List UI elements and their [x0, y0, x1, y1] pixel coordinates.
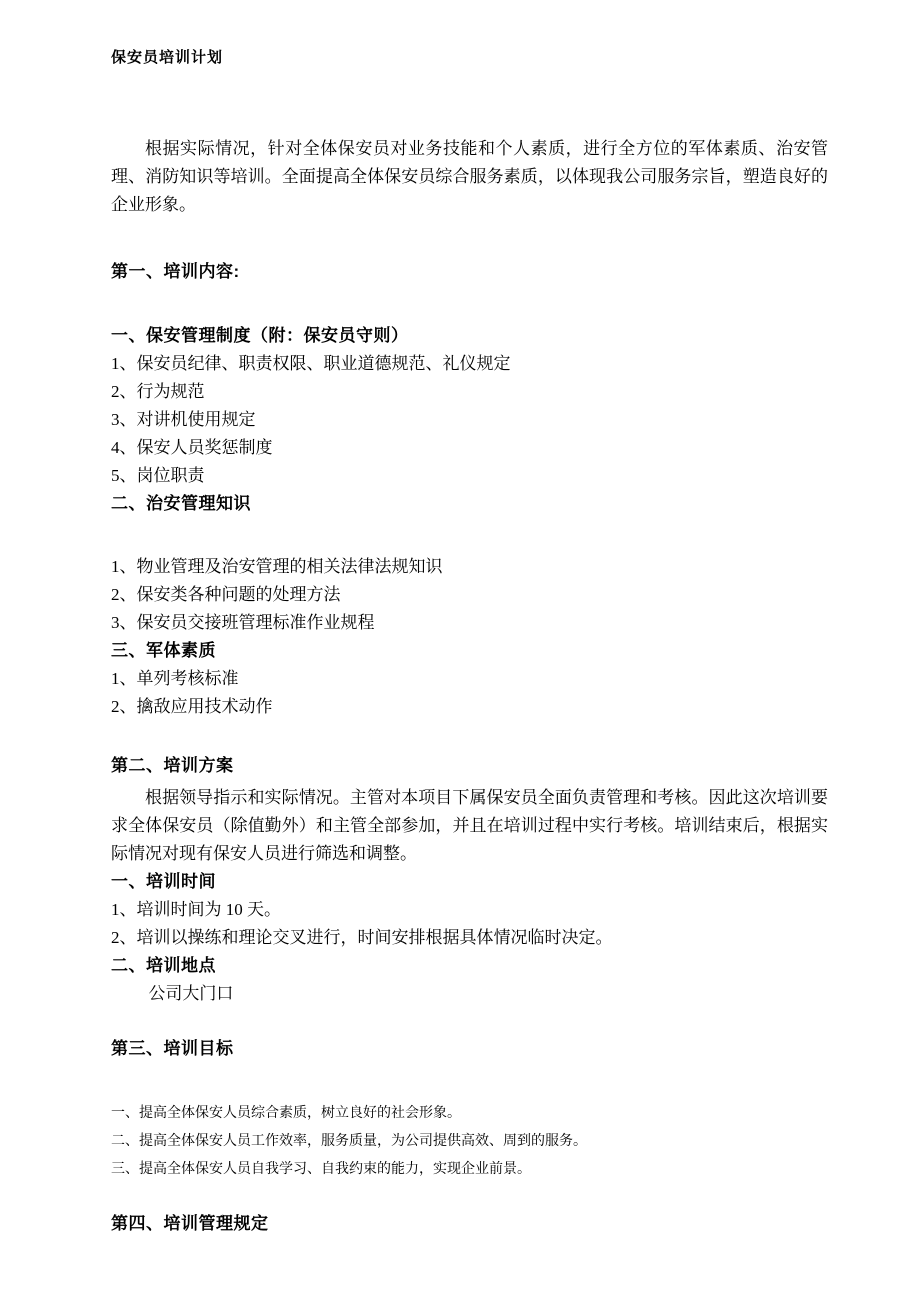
list-item: 2、保安类各种问题的处理方法 [111, 581, 828, 609]
list-item: 1、培训时间为 10 天。 [111, 896, 828, 924]
section3-heading: 第三、培训目标 [111, 1035, 828, 1063]
document-page: 保安员培训计划 根据实际情况，针对全体保安员对业务技能和个人素质，进行全方位的军… [0, 0, 920, 1302]
training-location-text: 公司大门口 [111, 980, 828, 1008]
intro-paragraph: 根据实际情况，针对全体保安员对业务技能和个人素质，进行全方位的军体素质、治安管理… [111, 135, 828, 219]
section2-sub1-heading: 一、培训时间 [111, 868, 828, 896]
goal-item: 三、提高全体保安人员自我学习、自我约束的能力，实现企业前景。 [111, 1156, 828, 1184]
list-item: 1、物业管理及治安管理的相关法律法规知识 [111, 553, 828, 581]
list-item: 3、保安员交接班管理标准作业规程 [111, 609, 828, 637]
section1-sub2-heading: 二、治安管理知识 [111, 490, 828, 518]
list-item: 2、培训以操练和理论交叉进行，时间安排根据具体情况临时决定。 [111, 924, 828, 952]
list-item: 1、保安员纪律、职责权限、职业道德规范、礼仪规定 [111, 350, 828, 378]
document-header-title: 保安员培训计划 [111, 48, 828, 68]
list-item: 3、对讲机使用规定 [111, 406, 828, 434]
section2-sub2-heading: 二、培训地点 [111, 952, 828, 980]
section2-paragraph: 根据领导指示和实际情况。主管对本项目下属保安员全面负责管理和考核。因此这次培训要… [111, 784, 828, 868]
section1-sub3-heading: 三、军体素质 [111, 637, 828, 665]
section2-heading: 第二、培训方案 [111, 752, 828, 780]
section1-heading: 第一、培训内容: [111, 258, 828, 286]
section1-sub1-heading: 一、保安管理制度（附：保安员守则） [111, 322, 828, 350]
goal-item: 一、提高全体保安人员综合素质，树立良好的社会形象。 [111, 1100, 828, 1128]
list-item: 2、擒敌应用技术动作 [111, 693, 828, 721]
goal-item: 二、提高全体保安人员工作效率，服务质量，为公司提供高效、周到的服务。 [111, 1128, 828, 1156]
list-item: 4、保安人员奖惩制度 [111, 434, 828, 462]
section4-heading: 第四、培训管理规定 [111, 1210, 828, 1238]
list-item: 5、岗位职责 [111, 462, 828, 490]
list-item: 2、行为规范 [111, 378, 828, 406]
list-item: 1、单列考核标准 [111, 665, 828, 693]
